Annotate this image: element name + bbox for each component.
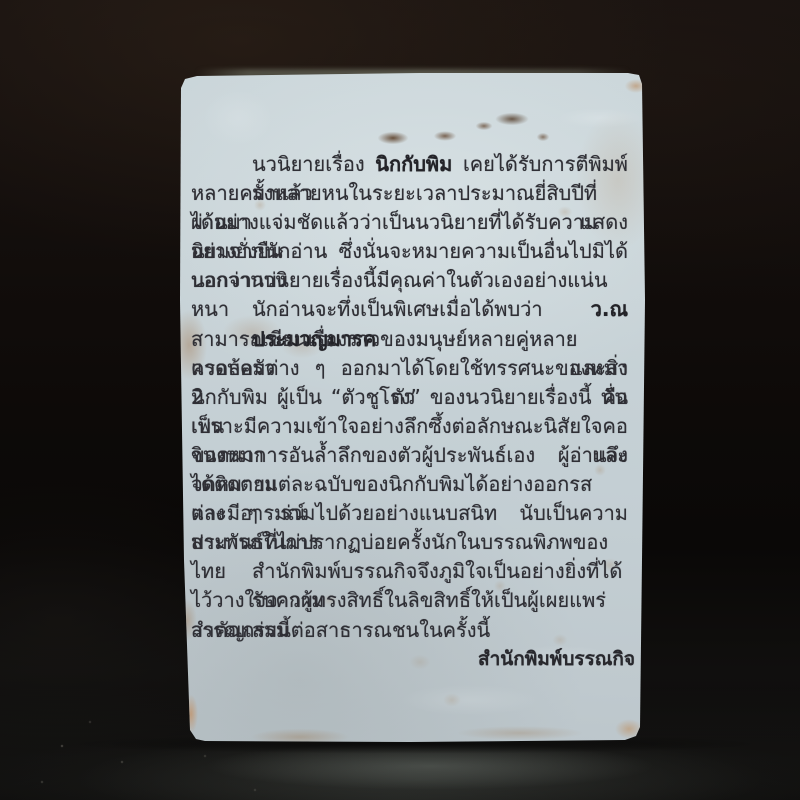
text-line: แวดล้อมต่าง ๆ ออกมาได้โดยใช้ทรรศนะของหมา… <box>191 354 628 383</box>
text-line: อย่างยั่งยืน ซึ่งนั่นจะหมายความเป็นอื่นไ… <box>191 237 628 266</box>
text-line: สำคัญเล่มนี้ต่อสาธารณชนในครั้งนี้ <box>191 616 628 645</box>
emphasized-text: นิกกับพิม <box>375 152 452 176</box>
text-line: นวนิยายเรื่อง นิกกับพิม เคยได้รับการตีพิ… <box>191 150 628 179</box>
publisher-signature: สำนักพิมพ์บรรณกิจ <box>478 644 628 674</box>
text-line: ต่าง ๆ ร่วมไปด้วยอย่างแนบสนิท นับเป็นควา… <box>191 499 628 528</box>
text-line: สำนักพิมพ์บรรณกิจจึงภูมิใจเป็นอย่างยิ่งท… <box>191 557 628 586</box>
text-segment: นักอ่านจะทึ่งเป็นพิเศษเมื่อได้พบว่า <box>252 297 591 321</box>
text-line: นิกกับพิม ผู้เป็น “ตัวชูโรง” ของนวนิยายเ… <box>191 383 628 412</box>
text-line: หลายครั้งหลายหนในระยะเวลาประมาณยี่สิบปีท… <box>191 179 628 208</box>
text-line: เพราะมีความเข้าใจอย่างลึกซึ้งต่อลักษณะนิ… <box>191 412 628 441</box>
text-segment: สำคัญเล่มนี้ต่อสาธารณชนในครั้งนี้ <box>191 618 490 642</box>
text-line: ประพันธ์ที่ไม่ปรากฏบ่อยครั้งนักในบรรณพิภ… <box>191 528 628 557</box>
text-line: นักอ่านจะทึ่งเป็นพิเศษเมื่อได้พบว่า ว.ณ … <box>191 295 628 324</box>
text-line: จินตนาการอันล้ำลึกของตัวผู้ประพันธ์เอง ผ… <box>191 441 628 470</box>
text-line: บอกว่านวนิยายเรื่องนี้มีคุณค่าในตัวเองอย… <box>191 266 628 295</box>
text-line: จดหมายแต่ละฉบับของนิกกับพิมได้อย่างออกรส… <box>191 470 628 499</box>
text-segment: นวนิยายเรื่อง <box>252 152 375 176</box>
text-line: ไว้วางใจจากผู้ทรงสิทธิ์ในลิขสิทธิ์ให้เป็… <box>191 586 628 615</box>
text-line: ได้อย่างแจ่มชัดแล้วว่าเป็นนวนิยายที่ได้ร… <box>191 208 628 237</box>
text-line: สามารถเขียนเรื่องราวของมนุษย์หลายคู่หลาย… <box>191 325 628 354</box>
photo-scene: นวนิยายเรื่อง นิกกับพิม เคยได้รับการตีพิ… <box>0 0 800 800</box>
blurb-text: นวนิยายเรื่อง นิกกับพิม เคยได้รับการตีพิ… <box>191 150 628 645</box>
